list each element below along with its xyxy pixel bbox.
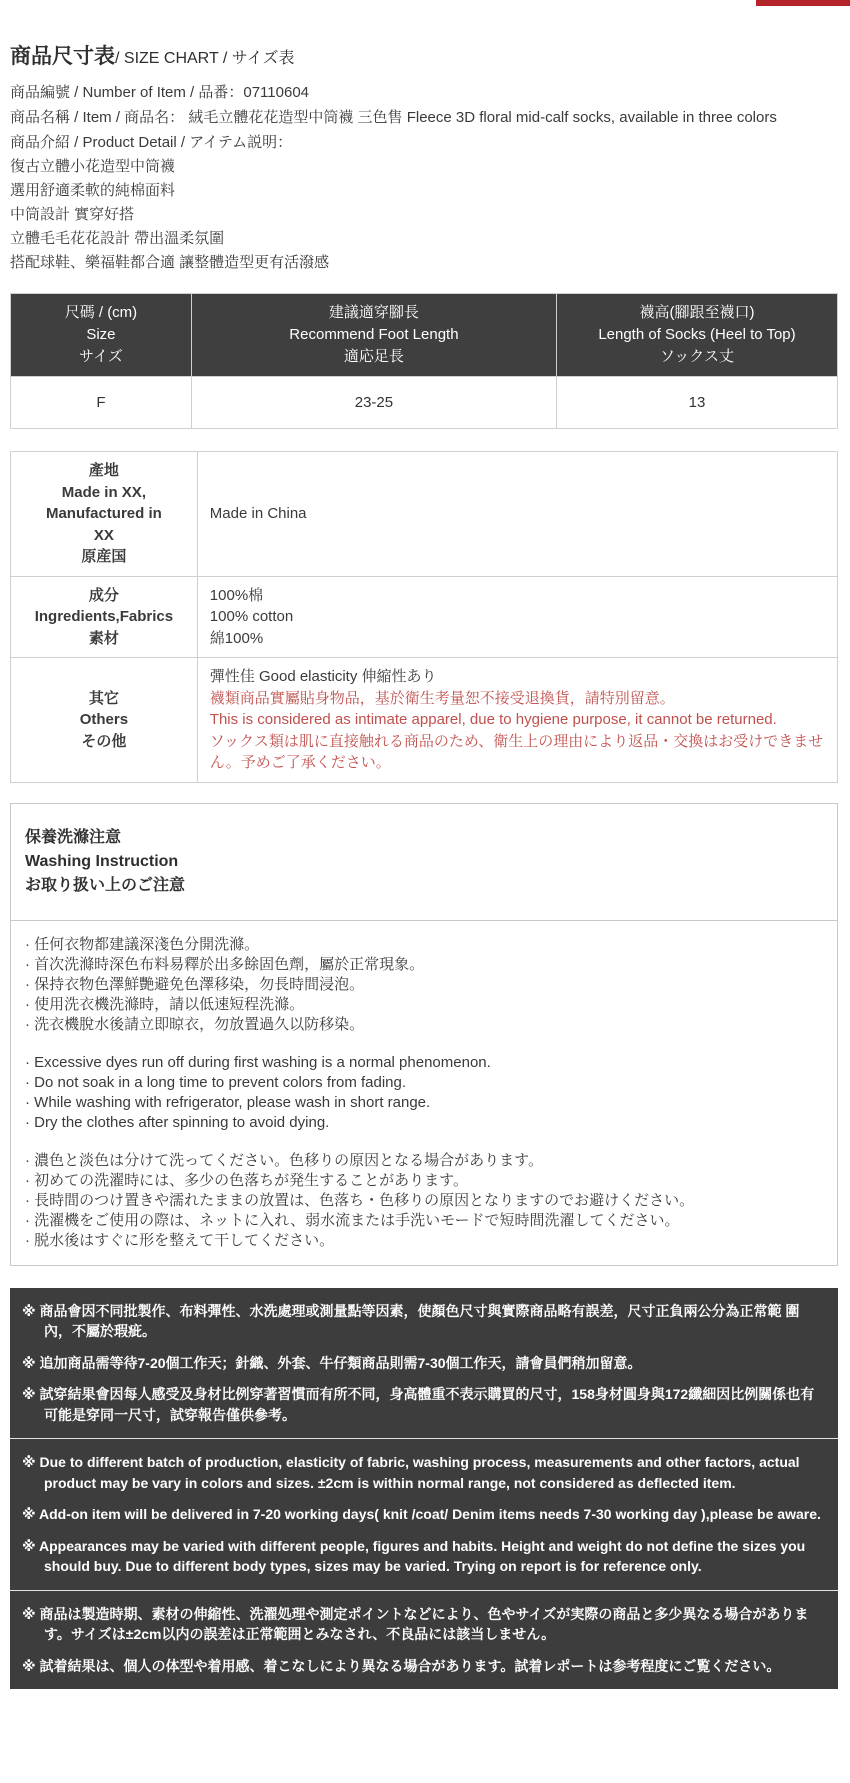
ingredients-value: 100%棉 100% cotton 綿100% [197,576,837,658]
product-detail-line: 選用舒適柔軟的純棉面料 [10,179,838,203]
washing-line: · 長時間のつけ置きや濡れたままの放置は、色落ち・色移りの原因となりますのでお避… [25,1191,823,1211]
notice-section-zh: ※ 商品會因不同批製作、布料彈性、水洗處理或測量點等因素，使顏色尺寸與實際商品略… [10,1288,838,1440]
size-value: F [11,377,192,429]
sock-height-value: 13 [556,377,837,429]
washing-line: · 保持衣物色澤鮮艷避免色澤移染，勿長時間浸泡。 [25,975,823,995]
origin-label-en2: Manufactured in [15,503,193,525]
washing-line: · 脱水後はすぐに形を整えて干してください。 [25,1231,823,1251]
others-label: 其它 Others その他 [11,658,198,783]
washing-line: · 任何衣物都建議深淺色分開洗滌。 [25,935,823,955]
page-title-zh: 商品尺寸表 [10,45,115,68]
hygiene-note-zh: 襪類商品實屬貼身物品，基於衛生考量恕不接受退換貨，請特別留意。 [210,688,825,710]
product-detail-line: 中筒設計 實穿好搭 [10,203,838,227]
origin-label: 產地 Made in XX, Manufactured in XX 原産国 [11,452,198,577]
notice-block: ※ 商品會因不同批製作、布料彈性、水洗處理或測量點等因素，使顏色尺寸與實際商品略… [10,1288,838,1690]
product-detail-line: 立體毛毛花花設計 帶出溫柔氛圍 [10,227,838,251]
hygiene-note-en: This is considered as intimate apparel, … [210,709,825,731]
washing-heading-ja: お取り扱い上のご注意 [25,874,823,898]
washing-line: · 濃色と淡色は分けて洗ってください。色移りの原因となる場合があります。 [25,1151,823,1171]
header-foot-en: Recommend Foot Length [196,324,552,346]
header-size-zh: 尺碼 / (cm) [15,302,187,324]
size-chart-page: 商品尺寸表/ SIZE CHART / サイズ表 商品編號 / Number o… [0,0,850,1689]
product-detail-line: 搭配球鞋、樂福鞋都合適 讓整體造型更有活潑感 [10,251,838,275]
page-title: 商品尺寸表/ SIZE CHART / サイズ表 [10,40,838,70]
size-table: 尺碼 / (cm) Size サイズ 建議適穿腳長 Recommend Foot… [10,293,838,429]
page-title-sub: / SIZE CHART / サイズ表 [115,50,295,67]
ingredients-en: 100% cotton [210,606,825,628]
origin-label-zh: 產地 [15,460,193,482]
origin-label-en3: XX [15,525,193,547]
origin-label-en1: Made in XX, [15,482,193,504]
ingredients-label-ja: 素材 [15,628,193,650]
product-detail-list: 復古立體小花造型中筒襪 選用舒適柔軟的純棉面料 中筒設計 實穿好搭 立體毛毛花花… [10,155,838,275]
washing-heading-en: Washing Instruction [25,850,823,874]
header-sock-en: Length of Socks (Heel to Top) [561,324,833,346]
elasticity-note: 彈性佳 Good elasticity 伸縮性あり [210,666,825,688]
ingredients-label-zh: 成分 [15,585,193,607]
header-sock-zh: 襪高(腳跟至襪口) [561,302,833,324]
item-number-value: 07110604 [243,84,309,101]
ingredients-ja: 綿100% [210,628,825,650]
notice-note: ※ 商品は製造時期、素材の伸縮性、洗濯処理や測定ポイントなどにより、色やサイズが… [22,1604,826,1645]
item-number-line: 商品編號 / Number of Item / 品番：07110604 [10,80,838,105]
spec-row-others: 其它 Others その他 彈性佳 Good elasticity 伸縮性あり … [11,658,838,783]
spec-table: 產地 Made in XX, Manufactured in XX 原産国 Ma… [10,451,838,783]
ingredients-zh: 100%棉 [210,585,825,607]
item-name-value: 絨毛立體花花造型中筒襪 三色售 Fleece 3D floral mid-cal… [188,109,777,126]
origin-label-ja: 原産国 [15,546,193,568]
header-size-ja: サイズ [15,346,187,368]
origin-value: Made in China [197,452,837,577]
washing-line: · 洗濯機をご使用の際は、ネットに入れ、弱水流または手洗いモードで短時間洗濯して… [25,1211,823,1231]
size-table-header-size: 尺碼 / (cm) Size サイズ [11,294,192,377]
washing-instruction-list: · 任何衣物都建議深淺色分開洗滌。 · 首次洗滌時深色布料易釋於出多餘固色劑，屬… [10,920,838,1266]
header-foot-ja: 適応足長 [196,346,552,368]
size-table-header-foot-length: 建議適穿腳長 Recommend Foot Length 適応足長 [191,294,556,377]
hygiene-note-ja: ソックス類は肌に直接触れる商品のため、衛生上の理由により返品・交換はお受けできま… [210,731,825,774]
spec-row-origin: 產地 Made in XX, Manufactured in XX 原産国 Ma… [11,452,838,577]
others-label-zh: 其它 [15,688,193,710]
notice-note: ※ 追加商品需等待7-20個工作天；針織、外套、牛仔類商品則需7-30個工作天，… [22,1353,826,1374]
others-label-ja: その他 [15,731,193,753]
notice-note: ※ Appearances may be varied with differe… [22,1536,826,1577]
header-size-en: Size [15,324,187,346]
notice-section-ja: ※ 商品は製造時期、素材の伸縮性、洗濯処理や測定ポイントなどにより、色やサイズが… [10,1591,838,1690]
washing-line: · 首次洗滌時深色布料易釋於出多餘固色劑，屬於正常現象。 [25,955,823,975]
top-right-red-bar [756,0,850,6]
ingredients-label: 成分 Ingredients,Fabrics 素材 [11,576,198,658]
washing-line: · While washing with refrigerator, pleas… [25,1093,823,1113]
washing-line: · 使用洗衣機洗滌時，請以低速短程洗滌。 [25,995,823,1015]
notice-note: ※ 試穿結果會因每人感受及身材比例穿著習慣而有所不同，身高體重不表示購買的尺寸，… [22,1384,826,1425]
product-detail-label: 商品介紹 / Product Detail / アイテム説明： [10,130,838,155]
washing-group-en: · Excessive dyes run off during first wa… [25,1053,823,1133]
header-sock-ja: ソックス丈 [561,346,833,368]
notice-note: ※ Add-on item will be delivered in 7-20 … [22,1504,826,1525]
foot-length-value: 23-25 [191,377,556,429]
notice-note: ※ 商品會因不同批製作、布料彈性、水洗處理或測量點等因素，使顏色尺寸與實際商品略… [22,1301,826,1342]
washing-line: · 洗衣機脫水後請立即晾衣，勿放置過久以防移染。 [25,1015,823,1035]
product-info: 商品編號 / Number of Item / 品番：07110604 商品名稱… [10,80,838,155]
notice-section-en: ※ Due to different batch of production, … [10,1439,838,1591]
size-table-header-sock-height: 襪高(腳跟至襪口) Length of Socks (Heel to Top) … [556,294,837,377]
header-foot-zh: 建議適穿腳長 [196,302,552,324]
item-name-label: 商品名稱 / Item / 商品名： [10,109,184,126]
washing-line: · 初めての洗濯時には、多少の色落ちが発生することがあります。 [25,1171,823,1191]
others-label-en: Others [15,709,193,731]
ingredients-label-en: Ingredients,Fabrics [15,606,193,628]
washing-line: · Do not soak in a long time to prevent … [25,1073,823,1093]
notice-note: ※ 試着結果は、個人の体型や着用感、着こなしにより異なる場合があります。試着レポ… [22,1656,826,1677]
washing-heading-zh: 保養洗滌注意 [25,826,823,850]
washing-line: · Dry the clothes after spinning to avoi… [25,1113,823,1133]
washing-instruction-heading: 保養洗滌注意 Washing Instruction お取り扱い上のご注意 [10,803,838,921]
size-table-data-row: F 23-25 13 [11,377,838,429]
item-number-label: 商品編號 / Number of Item / 品番： [10,84,243,101]
item-name-line: 商品名稱 / Item / 商品名： 絨毛立體花花造型中筒襪 三色售 Fleec… [10,105,838,130]
product-detail-line: 復古立體小花造型中筒襪 [10,155,838,179]
size-table-header-row: 尺碼 / (cm) Size サイズ 建議適穿腳長 Recommend Foot… [11,294,838,377]
washing-group-ja: · 濃色と淡色は分けて洗ってください。色移りの原因となる場合があります。 · 初… [25,1151,823,1251]
spec-row-ingredients: 成分 Ingredients,Fabrics 素材 100%棉 100% cot… [11,576,838,658]
others-value: 彈性佳 Good elasticity 伸縮性あり 襪類商品實屬貼身物品，基於衛… [197,658,837,783]
washing-group-zh: · 任何衣物都建議深淺色分開洗滌。 · 首次洗滌時深色布料易釋於出多餘固色劑，屬… [25,935,823,1035]
notice-note: ※ Due to different batch of production, … [22,1452,826,1493]
washing-line: · Excessive dyes run off during first wa… [25,1053,823,1073]
